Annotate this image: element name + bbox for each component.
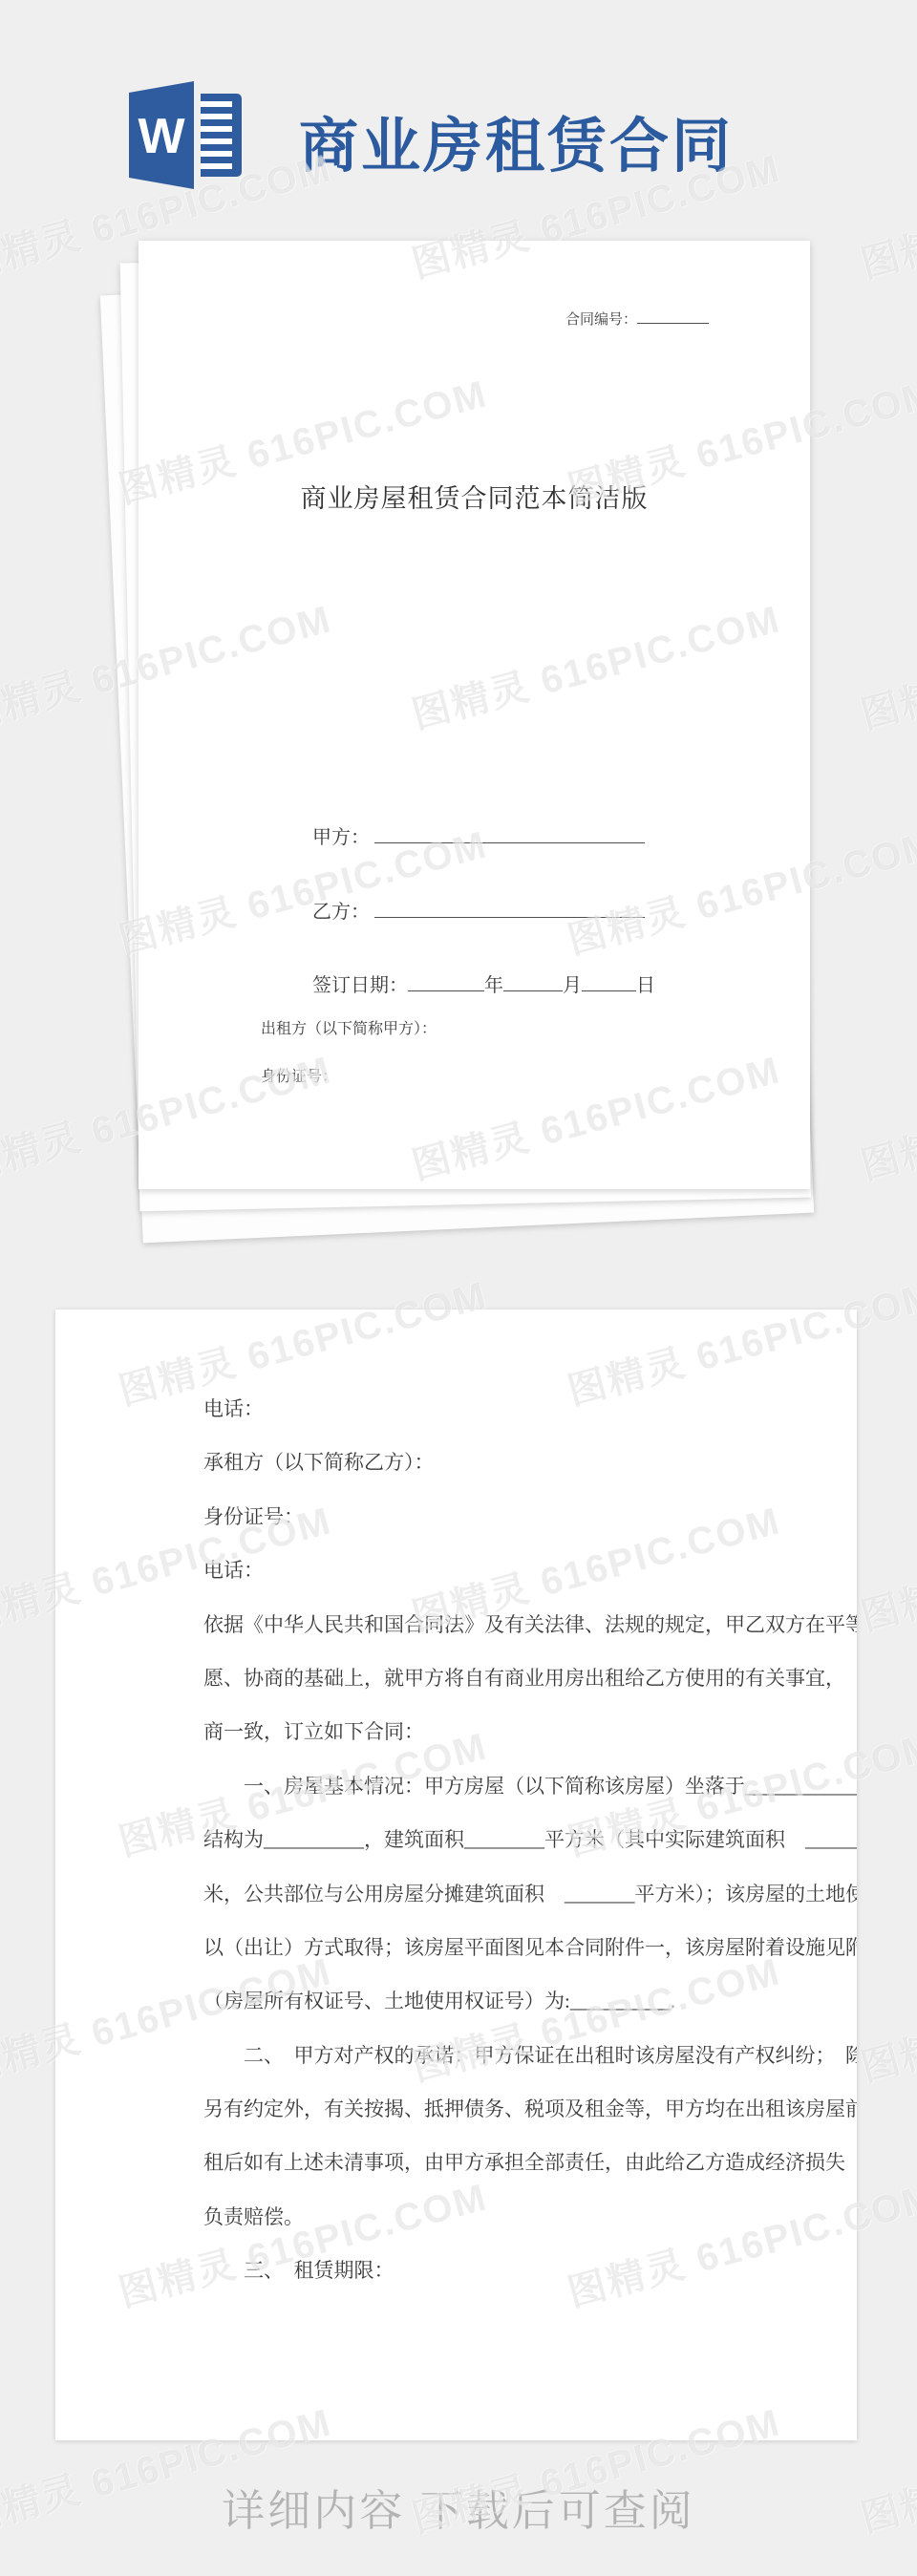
- contract-line: 愿、协商的基础上，就甲方将自有商业用房出租给乙方使用的有关事宜， 经协: [203, 1651, 819, 1705]
- sign-date-label: 签订日期：: [312, 975, 408, 996]
- month-blank: [503, 970, 563, 991]
- contract-line: 二、 甲方对产权的承诺：甲方保证在出租时该房屋没有产权纠纷； 除补充协 议: [203, 2029, 819, 2082]
- party-b-blank: [374, 897, 645, 918]
- party-b-row: 乙方：: [312, 896, 645, 924]
- contract-line: 租后如有上述未清事项，由甲方承担全部责任，由此给乙方造成经济损失 的，由甲方: [203, 2136, 819, 2189]
- contract-line: 电话：: [203, 1382, 819, 1436]
- sign-date-row: 签订日期：年月日: [312, 969, 655, 997]
- word-icon-document: [201, 94, 242, 177]
- contract-line: 以（出让）方式取得；该房屋平面图见本合同附件一，该房屋附着设施见附件二；: [203, 1921, 819, 1974]
- year-blank: [408, 970, 484, 991]
- word-icon-document-lines: [201, 101, 232, 170]
- party-a-label: 甲方：: [312, 827, 370, 848]
- contract-no-row: 合同编号：: [565, 308, 709, 329]
- watermark-text: 图精灵 616PIC.COM: [854, 1942, 917, 2093]
- unit-year: 年: [484, 975, 503, 996]
- contract-line: 结构为__________，建筑面积________平方米（其中实际建筑面积 _…: [203, 1813, 819, 1866]
- document-title: 商业房屋租赁合同范本简洁版: [139, 478, 810, 515]
- contract-line: 依据《中华人民共和国合同法》及有关法律、法规的规定，甲乙双方在平等、自: [203, 1598, 819, 1651]
- word-icon-panel: W: [129, 81, 194, 189]
- contract-line: 负责赔偿。: [203, 2190, 819, 2244]
- contract-line: 商一致，订立如下合同：: [203, 1705, 819, 1758]
- id-number-line: 身份证号：: [261, 1064, 337, 1086]
- watermark-text: 图精灵 616PIC.COM: [854, 589, 917, 740]
- contract-line: 电话：: [203, 1543, 819, 1597]
- contract-body: 电话：承租方（以下简称乙方）：身份证号：电话：依据《中华人民共和国合同法》及有关…: [203, 1382, 819, 2298]
- contract-line: 三、 租赁期限：: [203, 2244, 819, 2297]
- watermark-text: 图精灵 616PIC.COM: [854, 1491, 917, 1642]
- day-blank: [582, 970, 636, 991]
- word-icon-letter: W: [138, 110, 184, 161]
- contract-page-2-preview[interactable]: 电话：承租方（以下简称乙方）：身份证号：电话：依据《中华人民共和国合同法》及有关…: [55, 1309, 857, 2440]
- unit-month: 月: [563, 975, 582, 996]
- party-a-blank: [374, 822, 645, 843]
- footer-notice: 详细内容 下载后可查阅: [0, 2481, 917, 2541]
- word-icon: W: [129, 81, 244, 190]
- contract-line: 承租方（以下简称乙方）：: [203, 1436, 819, 1489]
- contract-line: 米，公共部位与公用房屋分摊建筑面积 _______平方米）；该房屋的土地使用权: [203, 1867, 819, 1921]
- watermark-text: 图精灵 616PIC.COM: [854, 1040, 917, 1191]
- unit-day: 日: [636, 975, 655, 996]
- contract-no-label: 合同编号：: [565, 312, 637, 328]
- contract-line: （房屋所有权证号、土地使用权证号）为:__________.: [203, 1974, 819, 2028]
- lessor-line: 出租方（以下简称甲方）：: [261, 1016, 437, 1038]
- header: W 商业房租赁合同: [0, 0, 917, 220]
- page-canvas: 图精灵 616PIC.COM图精灵 616PIC.COM图精灵 616PIC.C…: [0, 0, 917, 2576]
- contract-line: 身份证号：: [203, 1490, 819, 1543]
- page-title: 商业房租赁合同: [299, 98, 734, 183]
- contract-no-blank: [637, 308, 709, 324]
- party-b-label: 乙方：: [312, 902, 370, 923]
- contract-page-1-preview[interactable]: 合同编号： 商业房屋租赁合同范本简洁版 甲方： 乙方： 签订日期：年月日 出租方…: [139, 241, 810, 1189]
- party-a-row: 甲方：: [312, 821, 645, 849]
- contract-line: 一、房屋基本情况：甲方房屋（以下简称该房屋）坐落于____________；房屋: [203, 1759, 819, 1813]
- contract-line: 另有约定外，有关按揭、抵押债务、税项及租金等，甲方均在出租该房屋前办 妥。出: [203, 2082, 819, 2136]
